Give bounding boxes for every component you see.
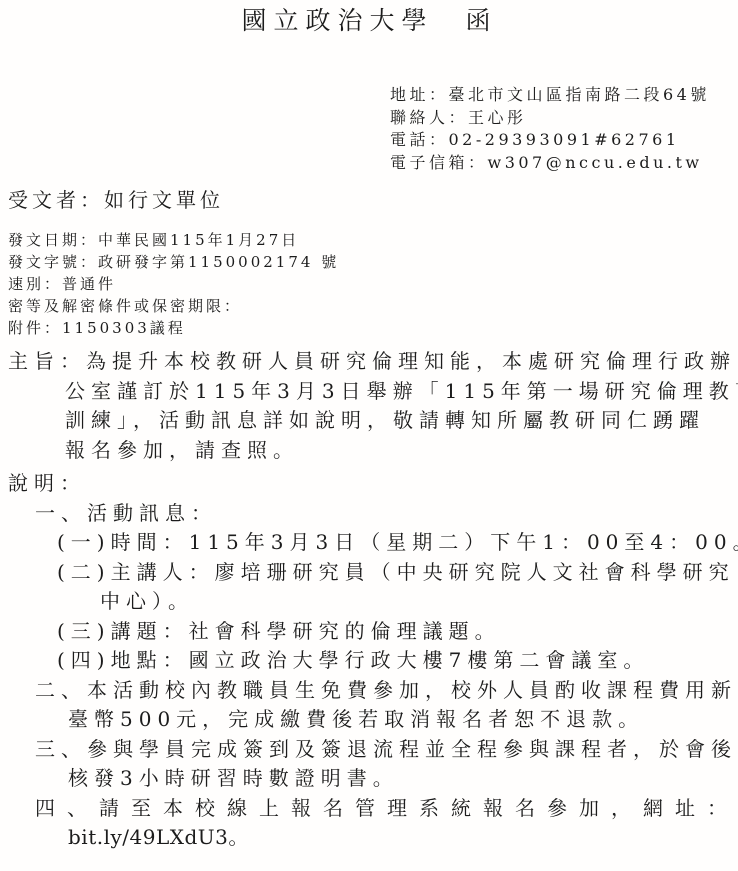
sender-address: 地址：臺北市文山區指南路二段64號: [390, 84, 731, 107]
speed-level-line: 速別：普通件: [8, 273, 731, 295]
sender-contact-block: 地址：臺北市文山區指南路二段64號 聯絡人：王心彤 電話：02-29393091…: [390, 84, 731, 174]
sub-item-topic-line: (三)講題：社會科學研究的倫理議題。: [8, 617, 731, 647]
item-1-activity-info-line: 一、活動訊息：: [8, 499, 731, 529]
item-2-fee-line: 二、本活動校內教職員生免費參加，校外人員酌收課程費用新: [8, 676, 731, 706]
subject-line: 公室謹訂於115年3月3日舉辦「115年第一場研究倫理教育: [8, 377, 731, 407]
attachment-line: 附件：1150303議程: [8, 317, 731, 339]
item-2-fee-line: 臺幣500元，完成繳費後若取消報名者恕不退款。: [8, 705, 731, 735]
sub-item-speaker-line: 中心）。: [8, 587, 731, 617]
sender-email: 電子信箱：w307@nccu.edu.tw: [390, 152, 731, 175]
document-body: 主旨：為提升本校教研人員研究倫理知能，本處研究倫理行政辦 公室謹訂於115年3月…: [8, 347, 731, 853]
recipient-line: 受文者：如行文單位: [8, 187, 731, 213]
sub-item-time-line: (一)時間：115年3月3日（星期二）下午1：00至4：00。: [8, 528, 731, 558]
subject-line: 訓練」，活動訊息詳如說明，敬請轉知所屬教研同仁踴躍: [8, 406, 731, 436]
doc-number-line: 發文字號：政研發字第1150002174 號: [8, 251, 731, 273]
subject-line: 主旨：為提升本校教研人員研究倫理知能，本處研究倫理行政辦: [8, 347, 731, 377]
item-3-certificate-line: 核發3小時研習時數證明書。: [8, 764, 731, 794]
security-level-line: 密等及解密條件或保密期限：: [8, 295, 731, 317]
document-title: 國立政治大學 函: [8, 6, 731, 36]
subject-line: 報名參加，請查照。: [8, 436, 731, 466]
sub-item-location-line: (四)地點：國立政治大學行政大樓7樓第二會議室。: [8, 646, 731, 676]
official-letter-document: 國立政治大學 函 地址：臺北市文山區指南路二段64號 聯絡人：王心彤 電話：02…: [0, 0, 738, 871]
issue-date-line: 發文日期：中華民國115年1月27日: [8, 229, 731, 251]
sender-phone: 電話：02-29393091#62761: [390, 129, 731, 152]
explanation-header-line: 說明：: [8, 469, 731, 499]
item-3-certificate-line: 三、參與學員完成簽到及簽退流程並全程參與課程者，於會後: [8, 735, 731, 765]
sub-item-speaker-line: (二)主講人：廖培珊研究員（中央研究院人文社會科學研究: [8, 558, 731, 588]
document-meta-block: 發文日期：中華民國115年1月27日 發文字號：政研發字第1150002174 …: [8, 229, 731, 339]
item-4-registration-line: 四、請至本校線上報名管理系統報名參加，網址：: [8, 794, 731, 824]
registration-url-line: bit.ly/49LXdU3。: [8, 823, 731, 853]
sender-contact-person: 聯絡人：王心彤: [390, 107, 731, 130]
